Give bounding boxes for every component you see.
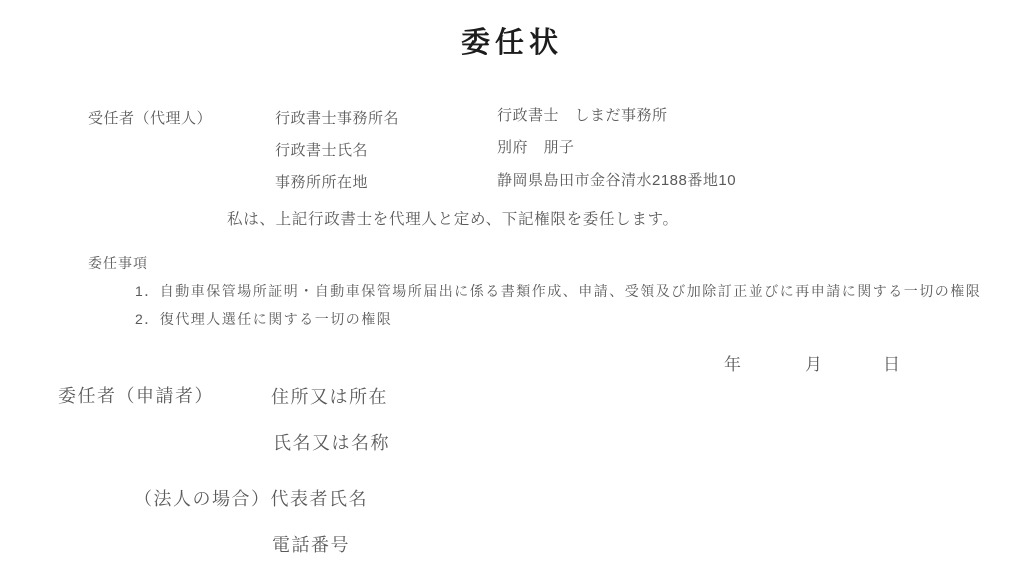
agent-name-label: 行政書士氏名 [275,142,368,160]
date-day-label: 日 [883,355,901,375]
power-of-attorney-document: 委任状 受任者（代理人） 行政書士事務所名 行政書士 しまだ事務所 行政書士氏名… [0,0,1024,577]
principal-phone-label: 電話番号 [272,535,350,557]
agent-office-name-label: 行政書士事務所名 [275,110,399,128]
mandate-heading: 委任事項 [88,255,148,272]
principal-representative-label: （法人の場合）代表者氏名 [134,489,368,511]
mandate-item-2: 2．復代理人選任に関する一切の権限 [135,311,392,328]
declaration-sentence: 私は、上記行政書士を代理人と定め、下記権限を委任します。 [227,211,679,230]
agent-office-address-value: 静岡県島田市金谷清水2188番地10 [497,172,736,190]
agent-office-name-value: 行政書士 しまだ事務所 [497,107,668,125]
document-title: 委任状 [0,26,1024,61]
principal-address-label: 住所又は所在 [271,387,388,409]
agent-office-address-label: 事務所所在地 [275,174,368,192]
agent-name-value: 別府 朋子 [497,139,575,157]
mandate-item-1: 1．自動車保管場所証明・自動車保管場所届出に係る書類作成、申請、受領及び加除訂正… [135,283,981,300]
date-month-label: 月 [805,355,823,375]
date-year-label: 年 [724,355,742,375]
agent-section-heading: 受任者（代理人） [88,110,212,128]
principal-section-heading: 委任者（申請者） [58,386,214,408]
principal-name-label: 氏名又は名称 [273,433,390,455]
